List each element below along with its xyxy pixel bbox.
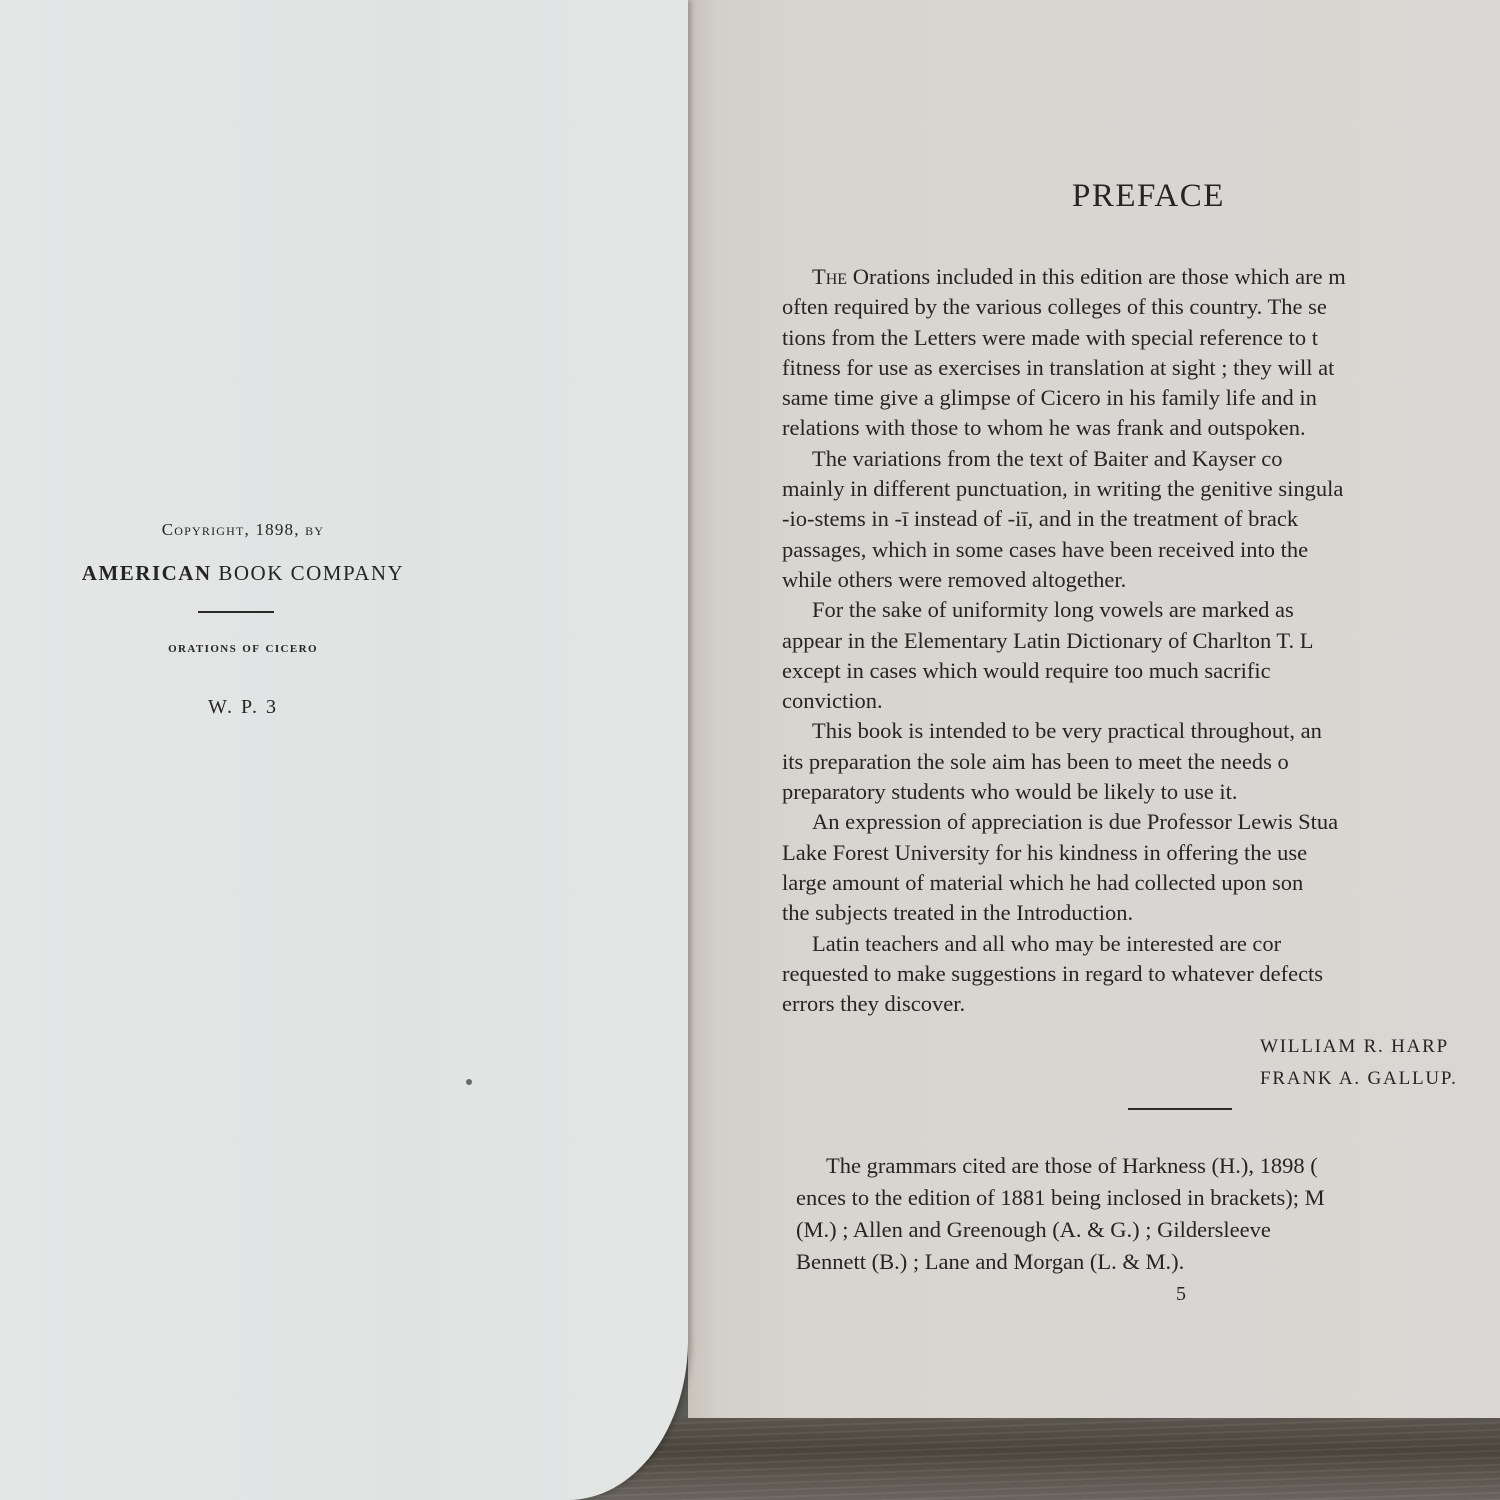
text-line: The variations from the text of Baiter a… (782, 444, 1500, 474)
text-line: often required by the various colleges o… (782, 292, 1500, 322)
section-divider-rule (1128, 1108, 1232, 1110)
text-line: This book is intended to be very practic… (782, 716, 1500, 746)
signature-harper: WILLIAM R. HARP (1260, 1036, 1449, 1058)
text-line: -io-stems in -ī instead of -iī, and in t… (782, 504, 1500, 534)
text-line: its preparation the sole aim has been to… (782, 747, 1500, 777)
text-line: Bennett (B.) ; Lane and Morgan (L. & M.)… (796, 1246, 1325, 1278)
text-fragment: Orations included in this edition are th… (847, 264, 1346, 289)
text-line: while others were removed altogether. (782, 565, 1500, 595)
text-line: appear in the Elementary Latin Dictionar… (782, 626, 1500, 656)
text-line: requested to make suggestions in regard … (782, 959, 1500, 989)
text-line: The grammars cited are those of Harkness… (796, 1150, 1325, 1182)
text-line: passages, which in some cases have been … (782, 535, 1500, 565)
text-line: mainly in different punctuation, in writ… (782, 474, 1500, 504)
text-line: Lake Forest University for his kindness … (782, 838, 1500, 868)
text-line: same time give a glimpse of Cicero in hi… (782, 383, 1500, 413)
imprint-code: W. P. 3 (0, 696, 486, 719)
copyright-line: Copyright, 1898, by (0, 520, 486, 540)
text-line: ences to the edition of 1881 being inclo… (796, 1182, 1325, 1214)
text-line: fitness for use as exercises in translat… (782, 353, 1500, 383)
text-line: relations with those to whom he was fran… (782, 413, 1500, 443)
text-line: For the sake of uniformity long vowels a… (782, 595, 1500, 625)
text-line: Latin teachers and all who may be intere… (782, 929, 1500, 959)
page-number: 5 (1176, 1283, 1186, 1306)
page-title: PREFACE (1072, 178, 1225, 215)
paper-speck (466, 1079, 472, 1085)
text-line: except in cases which would require too … (782, 656, 1500, 686)
text-line: large amount of material which he had co… (782, 868, 1500, 898)
preface-body: The Orations included in this edition ar… (782, 262, 1500, 1019)
text-line: the subjects treated in the Introduction… (782, 898, 1500, 928)
lead-word: The (812, 264, 847, 289)
publisher-first-word: AMERICAN (82, 561, 212, 585)
text-line: (M.) ; Allen and Greenough (A. & G.) ; G… (796, 1214, 1325, 1246)
grammar-footnote: The grammars cited are those of Harkness… (796, 1150, 1325, 1278)
text-line: conviction. (782, 686, 1500, 716)
text-line: errors they discover. (782, 989, 1500, 1019)
publisher-rest: BOOK COMPANY (212, 561, 405, 585)
text-line: An expression of appreciation is due Pro… (782, 807, 1500, 837)
left-page: Copyright, 1898, by AMERICAN BOOK COMPAN… (0, 0, 688, 1500)
publisher-name: AMERICAN BOOK COMPANY (0, 561, 486, 586)
text-line: preparatory students who would be likely… (782, 777, 1500, 807)
book-title: ORATIONS OF CICERO (0, 640, 486, 657)
text-line: The Orations included in this edition ar… (782, 262, 1500, 292)
text-line: tions from the Letters were made with sp… (782, 323, 1500, 353)
divider-rule (198, 611, 274, 613)
signature-gallup: FRANK A. GALLUP. (1260, 1068, 1458, 1090)
